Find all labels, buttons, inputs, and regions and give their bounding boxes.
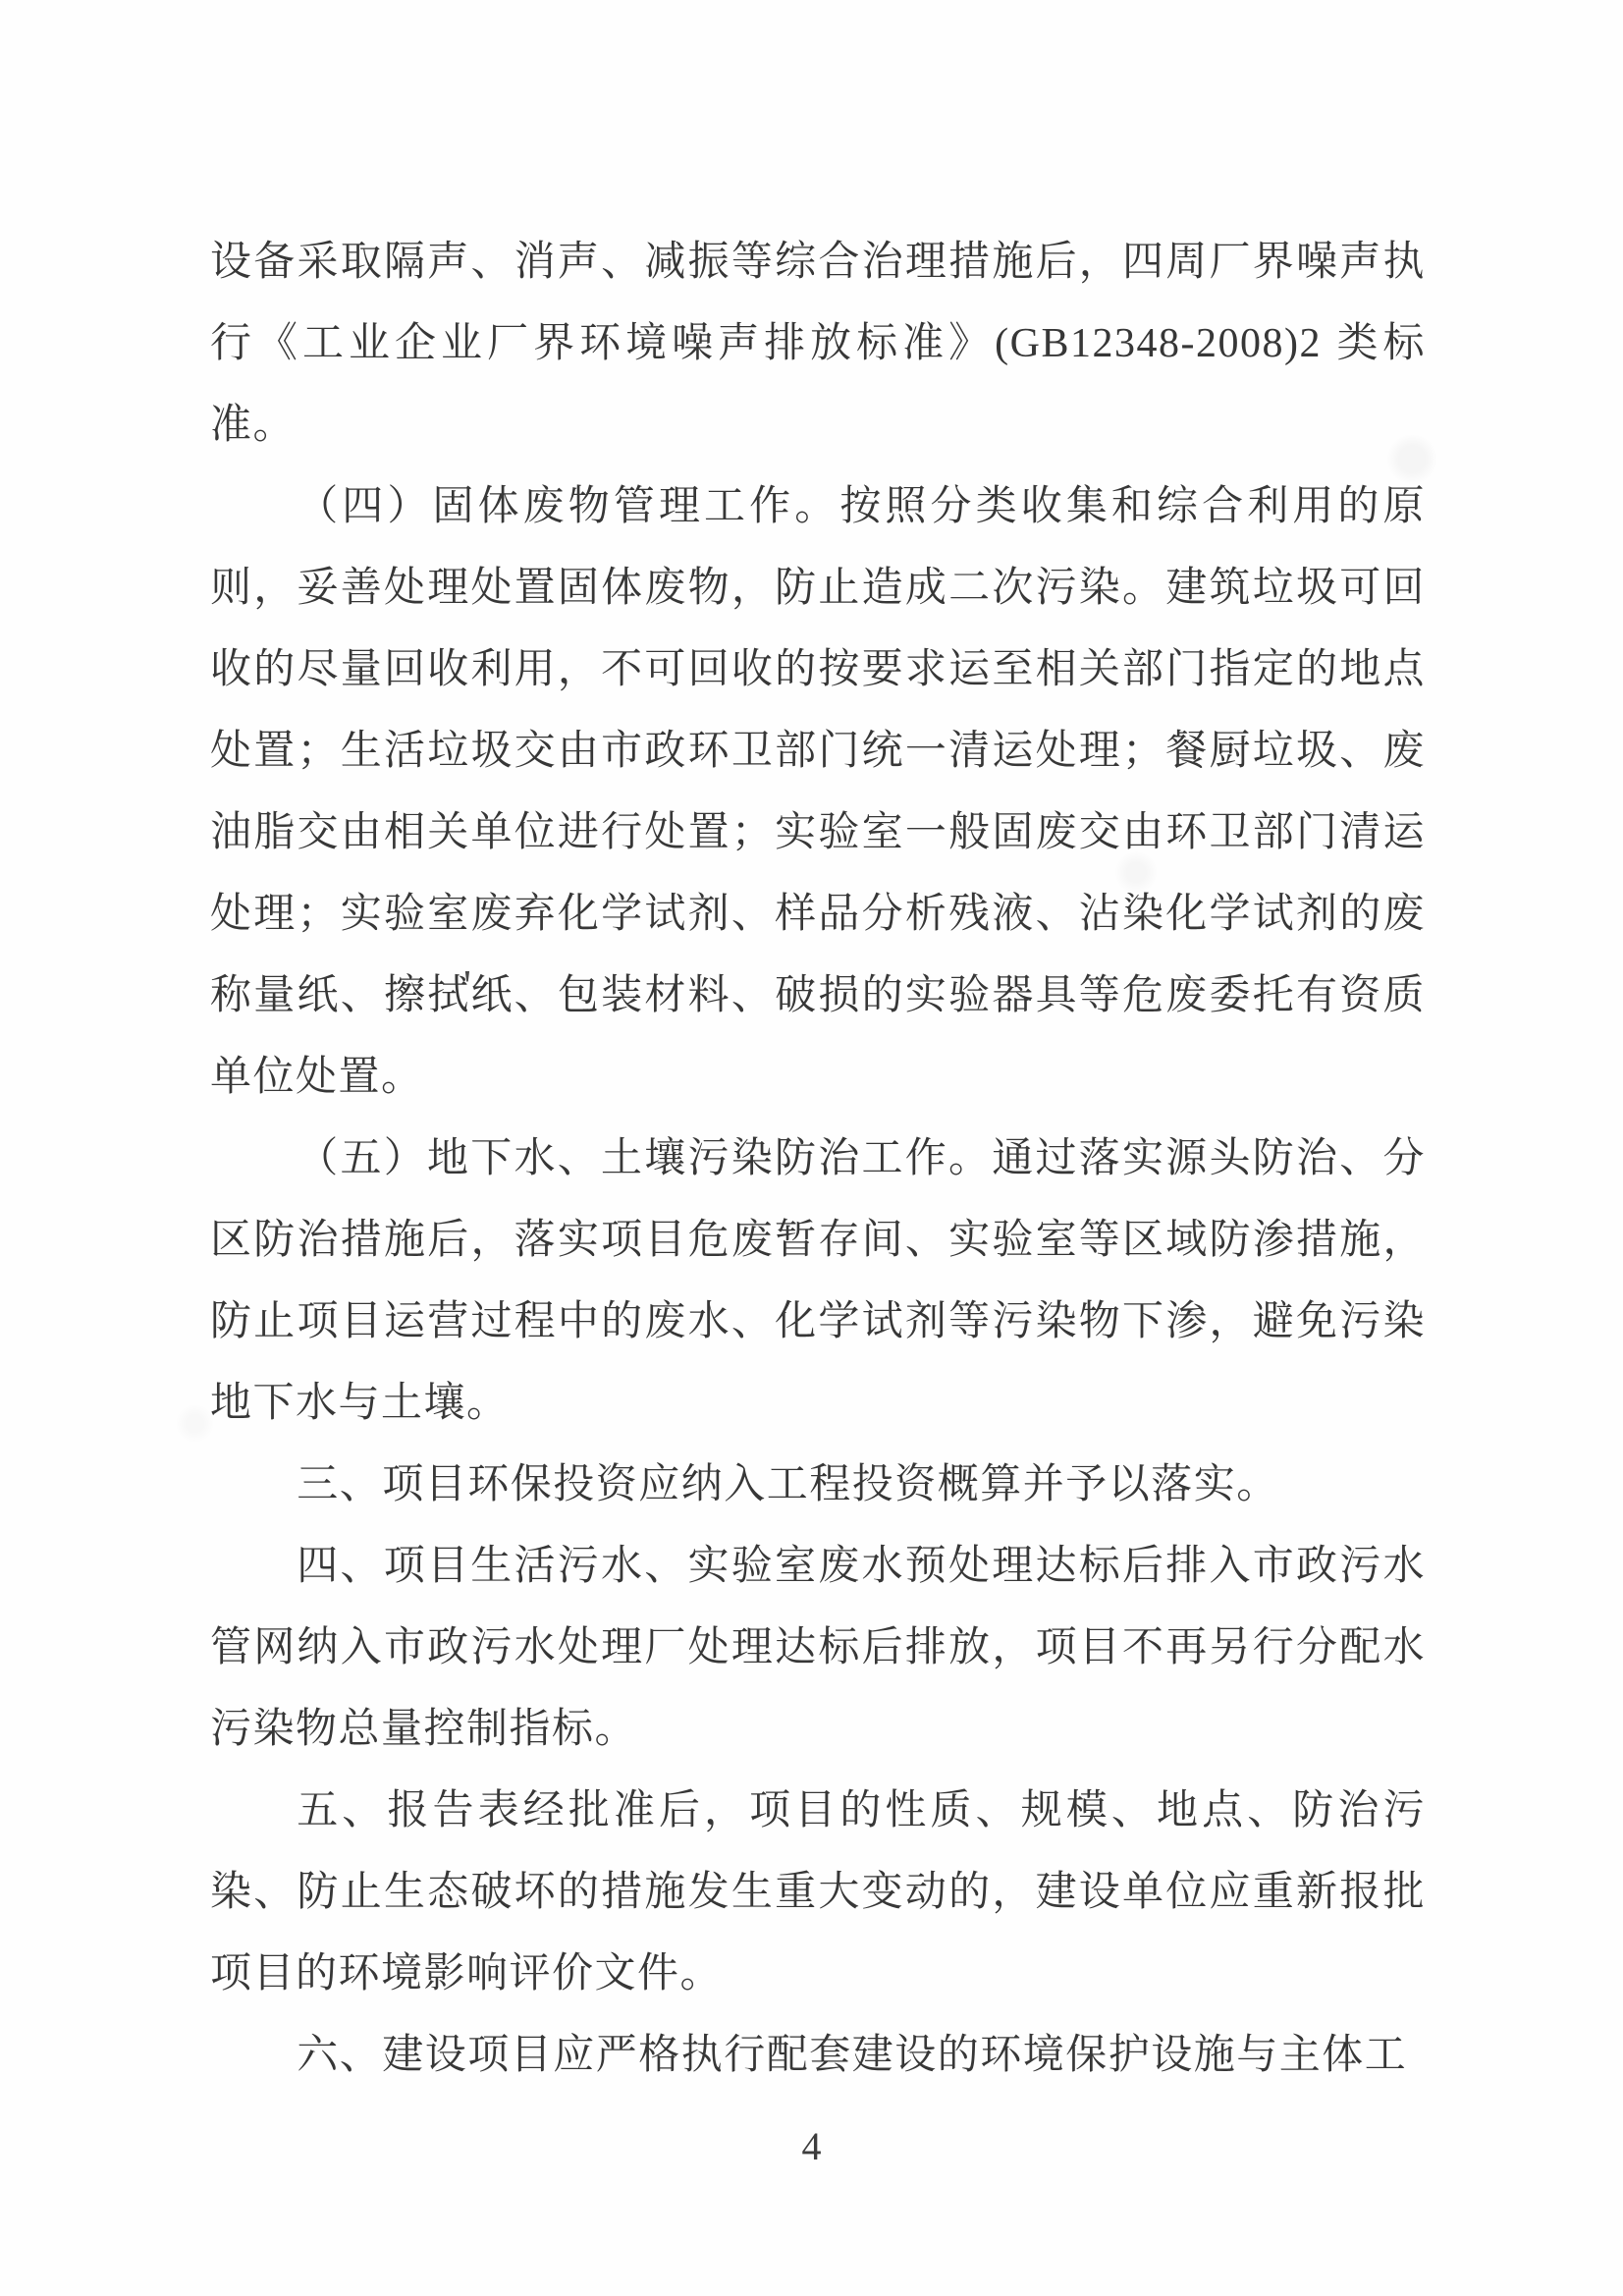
paragraph-article-6-facilities: 六、建设项目应严格执行配套建设的环境保护设施与主体工 (210, 2015, 1426, 2097)
paragraph-noise-standard-continuation: 设备采取隔声、消声、减振等综合治理措施后，四周厂界噪声执行《工业企业厂界环境噪声… (210, 222, 1426, 466)
paragraph-item-4-solid-waste: （四）固体废物管理工作。按照分类收集和综合利用的原则，妥善处理处置固体废物，防止… (210, 466, 1426, 1119)
paragraph-article-5-reapproval: 五、报告表经批准后，项目的性质、规模、地点、防治污染、防止生态破坏的措施发生重大… (210, 1771, 1426, 2015)
document-page: 设备采取隔声、消声、减振等综合治理措施后，四周厂界噪声执行《工业企业厂界环境噪声… (0, 0, 1623, 2296)
paragraph-article-3-investment: 三、项目环保投资应纳入工程投资概算并予以落实。 (210, 1445, 1426, 1526)
paragraph-item-5-groundwater-soil: （五）地下水、土壤污染防治工作。通过落实源头防治、分区防治措施后，落实项目危废暂… (210, 1119, 1426, 1445)
page-number: 4 (0, 2123, 1623, 2169)
document-body-text: 设备采取隔声、消声、减振等综合治理措施后，四周厂界噪声执行《工业企业厂界环境噪声… (210, 222, 1426, 2097)
paragraph-article-4-wastewater: 四、项目生活污水、实验室废水预处理达标后排入市政污水管网纳入市政污水处理厂处理达… (210, 1526, 1426, 1771)
stray-ink-mark: ' (463, 960, 471, 1011)
